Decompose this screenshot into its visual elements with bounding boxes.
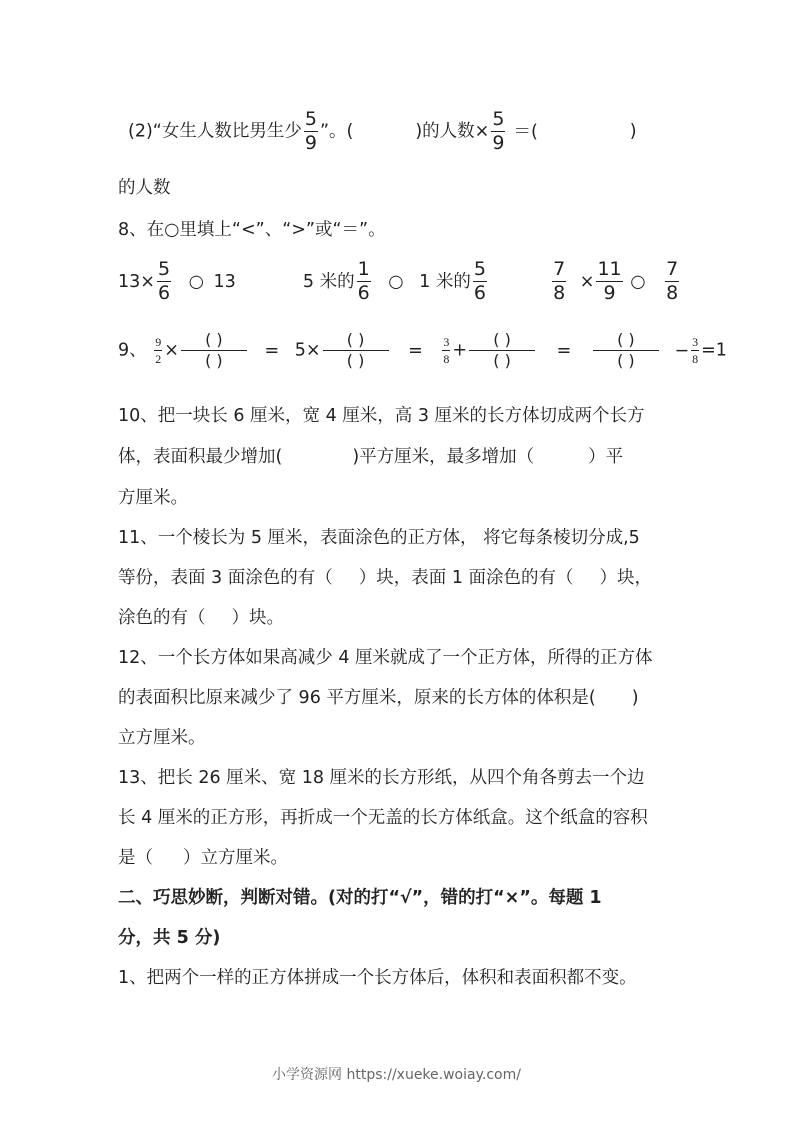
q13-line3: 是（）立方厘米。 xyxy=(118,846,288,870)
q8-title: 8、在○里填上“<”、“>”或“＝”。 xyxy=(118,218,386,242)
q8-item-3: 78 ×119 ○ 78 xyxy=(550,272,681,292)
q10-line3: 方厘米。 xyxy=(118,486,188,510)
fraction-5-9: 59 xyxy=(491,110,505,153)
section-2-question-1: 1、把两个一样的正方体拼成一个长方体后，体积和表面积都不变。 xyxy=(118,966,637,990)
q10-line1: 10、把一块长 6 厘米，宽 4 厘米，高 3 厘米的长方体切成两个长方 xyxy=(118,404,645,428)
q10-line2: 体，表面积最少增加()平方厘米，最多增加（）平 xyxy=(118,445,623,469)
fraction-3-8: 38 xyxy=(442,336,450,365)
blank-fraction[interactable]: ( )( ) xyxy=(593,332,659,369)
q11-line3: 涂色的有（）块。 xyxy=(118,606,284,630)
fraction-1-6: 16 xyxy=(357,260,371,303)
q9-line: 9、 92×( )( ) = 5×( )( ) = 38+( )( ) = ( … xyxy=(118,332,727,369)
q8-items: 13×56 ○ 13 5 米的16 ○ 1 米的56 78 ×119 ○ 78 xyxy=(118,260,681,303)
q12-line3: 立方厘米。 xyxy=(118,726,206,750)
q11-line1: 11、一个棱长为 5 厘米，表面涂色的正方体， 将它每条棱切分成,5 xyxy=(118,526,640,550)
q13-line2: 长 4 厘米的正方形，再折成一个无盖的长方体纸盒。这个纸盒的容积 xyxy=(118,806,648,830)
q12-line1: 12、一个长方体如果高减少 4 厘米就成了一个正方体，所得的正方体 xyxy=(118,646,653,670)
q8-item-1: 13×56 ○ 13 xyxy=(118,272,241,292)
footer-watermark: 小学资源网 https://xueke.woiay.com/ xyxy=(0,1064,793,1084)
q12-line2: 的表面积比原来减少了 96 平方厘米，原来的长方体的体积是() xyxy=(118,686,639,710)
q7-2-line2: 的人数 xyxy=(118,176,171,200)
q13-line1: 13、把长 26 厘米、宽 18 厘米的长方形纸，从四个角各剪去一个边 xyxy=(118,766,645,790)
q7-2-line1: (2)“女生人数比男生少59”。()的人数×59＝() xyxy=(128,110,637,153)
blank-fraction[interactable]: ( )( ) xyxy=(181,332,247,369)
fraction-11-9: 119 xyxy=(596,260,622,303)
fraction-3-8: 38 xyxy=(691,336,699,365)
section-2-heading-line1: 二、巧思妙断，判断对错。(对的打“√”，错的打“×”。每题 1 xyxy=(118,886,602,910)
fraction-5-6: 56 xyxy=(473,260,487,303)
fraction-7-8: 78 xyxy=(665,260,679,303)
compare-circle[interactable]: ○ xyxy=(630,272,645,292)
q7-2-prefix: (2)“女生人数比男生少 xyxy=(128,122,302,142)
fraction-5-9: 59 xyxy=(304,110,318,153)
q8-item-2: 5 米的16 ○ 1 米的56 xyxy=(303,272,495,292)
blank-fraction[interactable]: ( )( ) xyxy=(323,332,389,369)
q11-line2: 等份，表面 3 面涂色的有（）块，表面 1 面涂色的有（）块， xyxy=(118,566,652,590)
compare-circle[interactable]: ○ xyxy=(388,272,403,292)
fraction-5-6: 56 xyxy=(157,260,171,303)
compare-circle[interactable]: ○ xyxy=(189,272,204,292)
fraction-9-2: 92 xyxy=(154,336,162,365)
fraction-7-8: 78 xyxy=(552,260,566,303)
blank-fraction[interactable]: ( )( ) xyxy=(469,332,535,369)
section-2-heading-line2: 分，共 5 分) xyxy=(118,926,220,950)
